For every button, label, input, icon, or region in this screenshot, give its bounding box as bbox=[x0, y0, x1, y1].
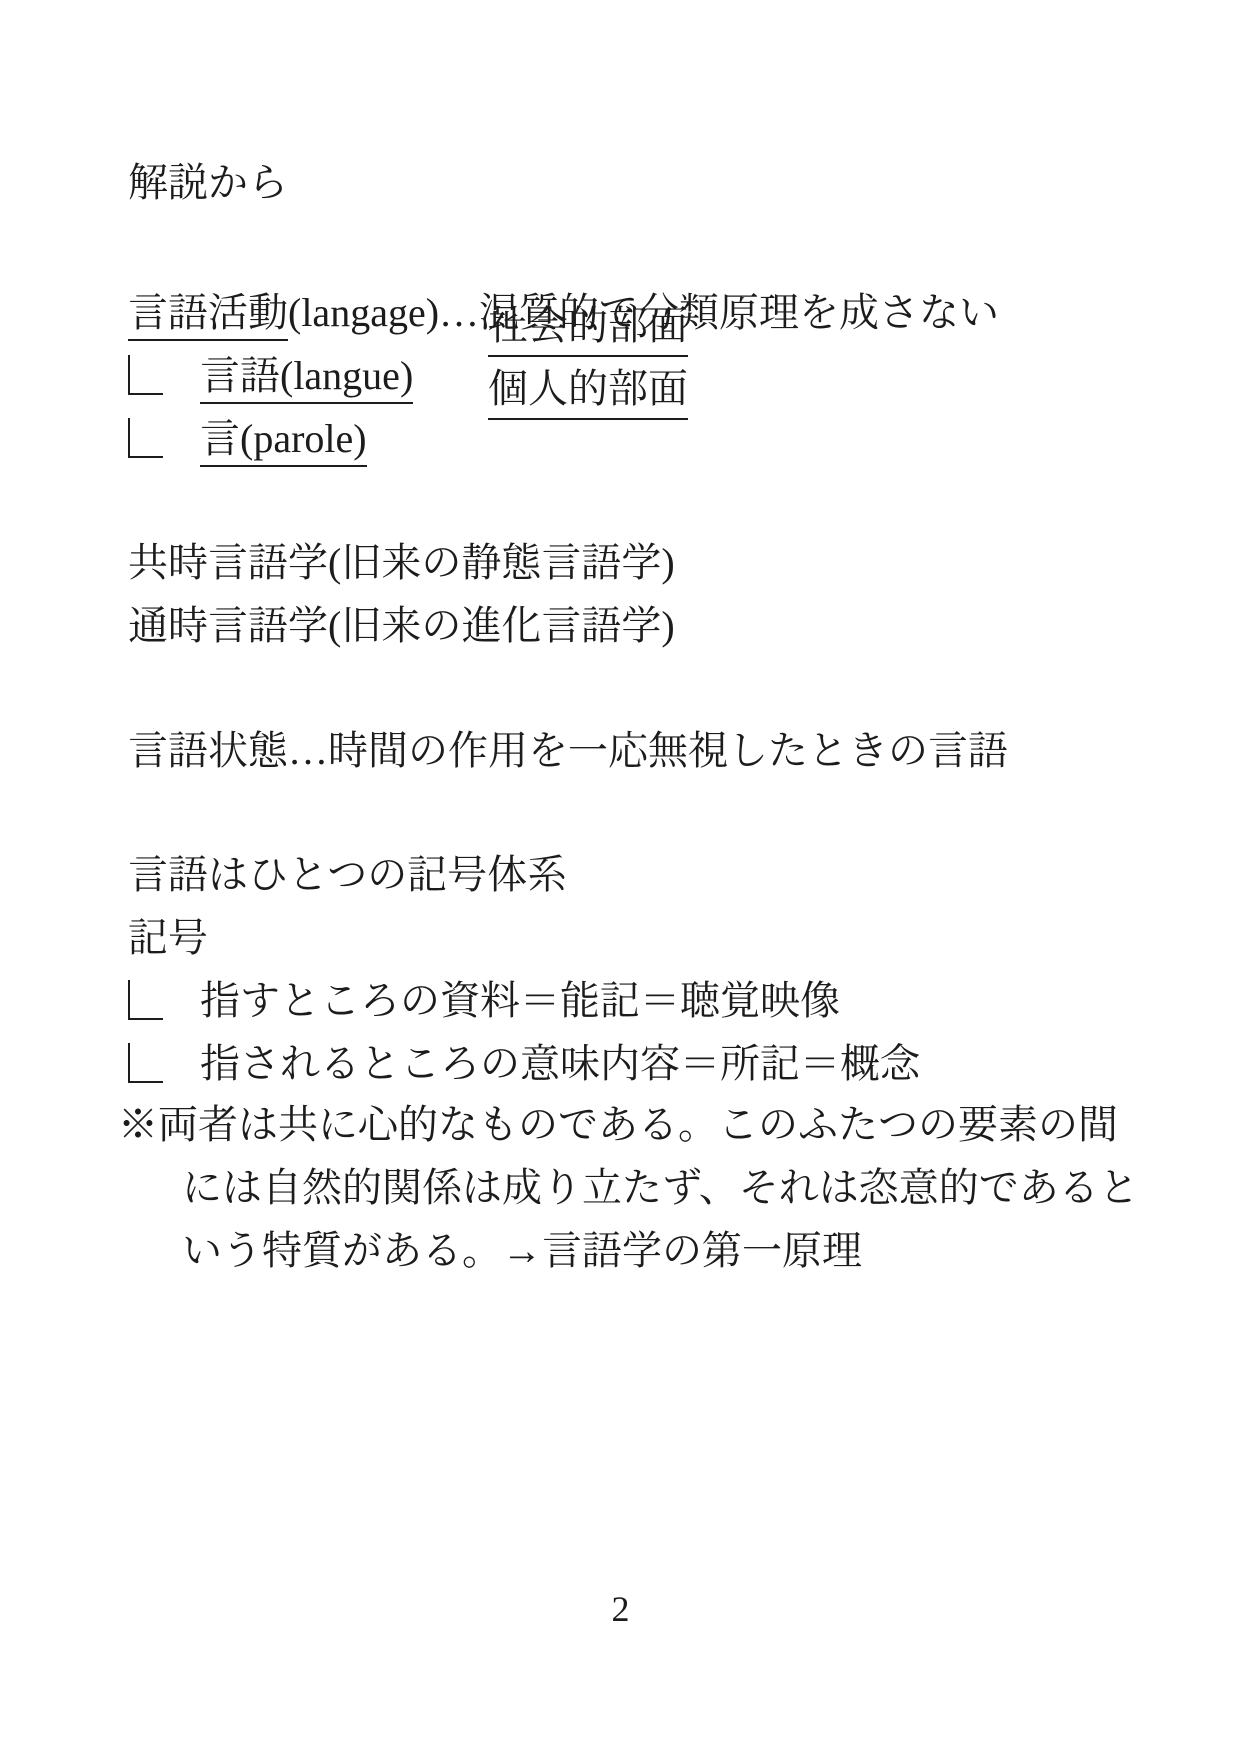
parole-desc: 個人的部面 bbox=[488, 364, 688, 420]
langue-desc: 社会的部面 bbox=[488, 301, 688, 357]
parole-term: 言(parole) bbox=[200, 416, 367, 467]
note-line-3: いう特質がある。→言語学の第一原理 bbox=[142, 1176, 862, 1326]
note-text-3: いう特質がある。→言語学の第一原理 bbox=[182, 1228, 862, 1273]
document-page: { "page": { "background": "#ffffff", "te… bbox=[0, 0, 1241, 1749]
heading-text: 解説から bbox=[128, 160, 288, 205]
page-number: 2 bbox=[0, 1588, 1241, 1630]
heading: 解説から bbox=[88, 108, 288, 258]
diachronic-text: 通時言語学(旧来の進化言語学) bbox=[128, 603, 675, 648]
page-background: 解説から 言語活動(langage)…混質的で分類原理を成さない 言語(lang… bbox=[0, 0, 1241, 1749]
corner-bracket-icon bbox=[128, 418, 163, 458]
language-state-text: 言語状態…時間の作用を一応無視したときの言語 bbox=[128, 728, 1008, 773]
